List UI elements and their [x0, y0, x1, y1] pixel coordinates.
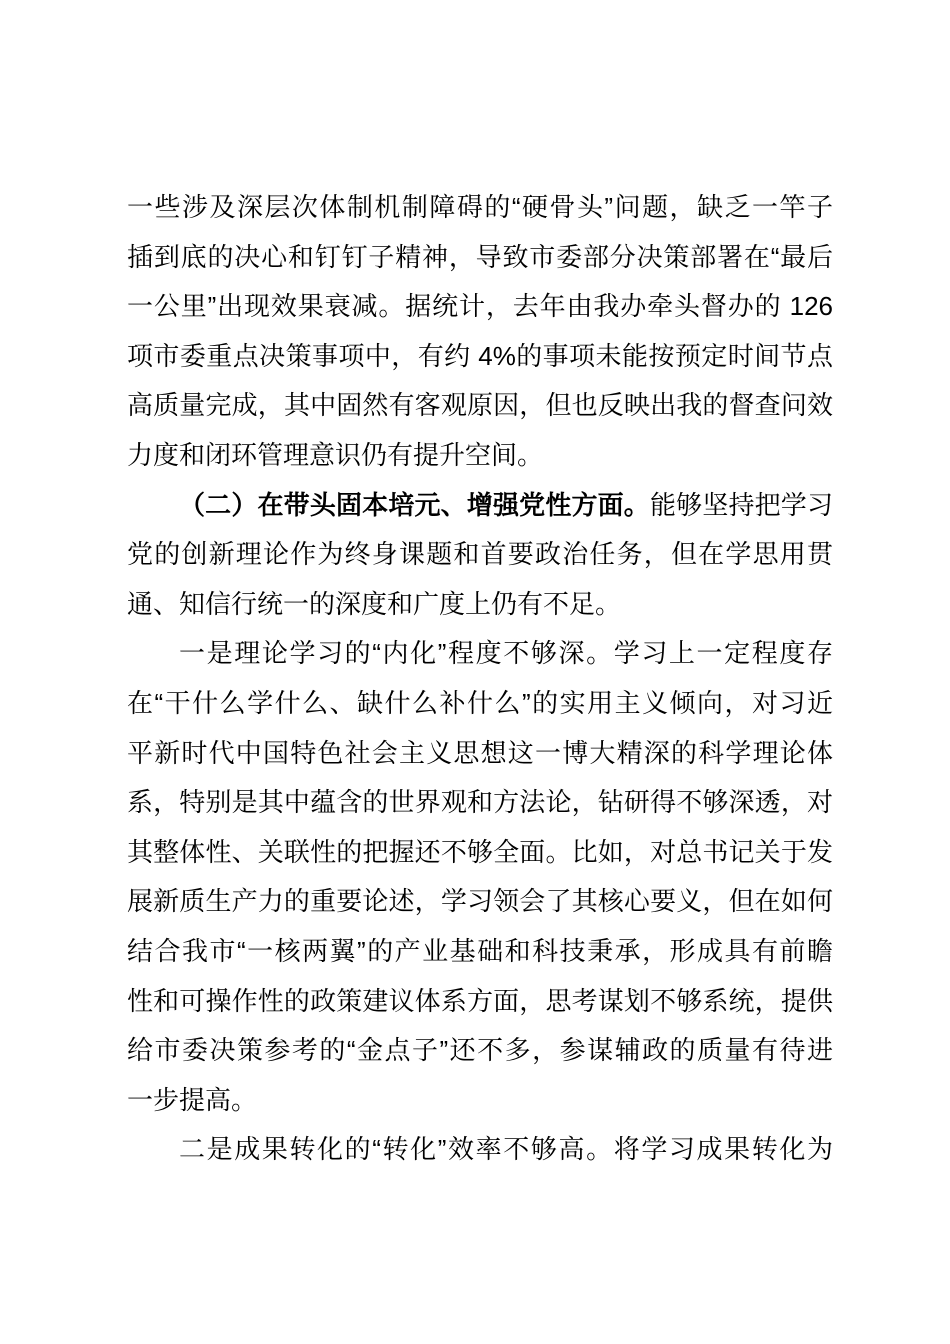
text-line: 结合我市“一核两翼”的产业基础和科技秉承，形成具有前瞻 [127, 927, 833, 977]
body-text: 其整体性、关联性的把握还不够全面。比如，对总书记关于发 [127, 837, 833, 867]
body-text: 展新质生产力的重要论述，学习领会了其核心要义，但在如何 [127, 886, 833, 916]
text-line: （二）在带头固本培元、增强党性方面。能够坚持把学习 [127, 481, 833, 531]
body-text: 平新时代中国特色社会主义思想这一博大精深的科学理论体 [127, 738, 833, 768]
body-text: 给市委决策参考的“金点子”还不多，参谋辅政的质量有待进 [127, 1035, 833, 1065]
body-text: 高质量完成，其中固然有客观原因，但也反映出我的督查问效 [127, 390, 833, 420]
text-line: 一公里”出现效果衰减。据统计，去年由我办牵头督办的 126 [127, 282, 833, 332]
text-line: 展新质生产力的重要论述，学习领会了其核心要义，但在如何 [127, 877, 833, 927]
text-line: 通、知信行统一的深度和广度上仍有不足。 [127, 580, 833, 630]
body-text: 一是理论学习的“内化”程度不够深。学习上一定程度存 [179, 638, 833, 668]
body-text: 一步提高。 [127, 1085, 257, 1115]
text-line: 其整体性、关联性的把握还不够全面。比如，对总书记关于发 [127, 828, 833, 878]
body-text: 项市委重点决策事项中，有约 4%的事项未能按预定时间节点 [127, 341, 833, 371]
text-line: 插到底的决心和钉钉子精神，导致市委部分决策部署在“最后 [127, 233, 833, 283]
text-line: 一步提高。 [127, 1076, 833, 1126]
body-text: 性和可操作性的政策建议体系方面，思考谋划不够系统，提供 [127, 986, 833, 1016]
text-line: 系，特别是其中蕴含的世界观和方法论，钻研得不够深透，对 [127, 778, 833, 828]
body-text: 插到底的决心和钉钉子精神，导致市委部分决策部署在“最后 [127, 242, 833, 272]
text-line: 在“干什么学什么、缺什么补什么”的实用主义倾向，对习近 [127, 679, 833, 729]
document-page: 一些涉及深层次体制机制障碍的“硬骨头”问题，缺乏一竿子插到底的决心和钉钉子精神，… [0, 0, 950, 1344]
body-text: 党的创新理论作为终身课题和首要政治任务，但在学思用贯 [127, 539, 833, 569]
text-line: 一是理论学习的“内化”程度不够深。学习上一定程度存 [127, 629, 833, 679]
text-line: 党的创新理论作为终身课题和首要政治任务，但在学思用贯 [127, 530, 833, 580]
body-text: 一些涉及深层次体制机制障碍的“硬骨头”问题，缺乏一竿子 [127, 192, 833, 222]
body-text: 一公里”出现效果衰减。据统计，去年由我办牵头督办的 126 [127, 291, 833, 321]
text-line: 高质量完成，其中固然有客观原因，但也反映出我的督查问效 [127, 381, 833, 431]
text-line: 给市委决策参考的“金点子”还不多，参谋辅政的质量有待进 [127, 1026, 833, 1076]
body-text: 通、知信行统一的深度和广度上仍有不足。 [127, 589, 621, 619]
text-line: 二是成果转化的“转化”效率不够高。将学习成果转化为 [127, 1125, 833, 1175]
body-text: 能够坚持把学习 [650, 490, 833, 520]
body-text: 力度和闭环管理意识仍有提升空间。 [127, 440, 543, 470]
text-line: 力度和闭环管理意识仍有提升空间。 [127, 431, 833, 481]
text-line: 性和可操作性的政策建议体系方面，思考谋划不够系统，提供 [127, 977, 833, 1027]
section-heading-text: （二）在带头固本培元、增强党性方面。 [179, 490, 650, 520]
body-text: 系，特别是其中蕴含的世界观和方法论，钻研得不够深透，对 [127, 787, 833, 817]
text-line: 一些涉及深层次体制机制障碍的“硬骨头”问题，缺乏一竿子 [127, 183, 833, 233]
document-body: 一些涉及深层次体制机制障碍的“硬骨头”问题，缺乏一竿子插到底的决心和钉钉子精神，… [127, 183, 833, 1175]
body-text: 二是成果转化的“转化”效率不够高。将学习成果转化为 [179, 1134, 833, 1164]
body-text: 结合我市“一核两翼”的产业基础和科技秉承，形成具有前瞻 [127, 936, 833, 966]
body-text: 在“干什么学什么、缺什么补什么”的实用主义倾向，对习近 [127, 688, 833, 718]
text-line: 项市委重点决策事项中，有约 4%的事项未能按预定时间节点 [127, 332, 833, 382]
text-line: 平新时代中国特色社会主义思想这一博大精深的科学理论体 [127, 729, 833, 779]
